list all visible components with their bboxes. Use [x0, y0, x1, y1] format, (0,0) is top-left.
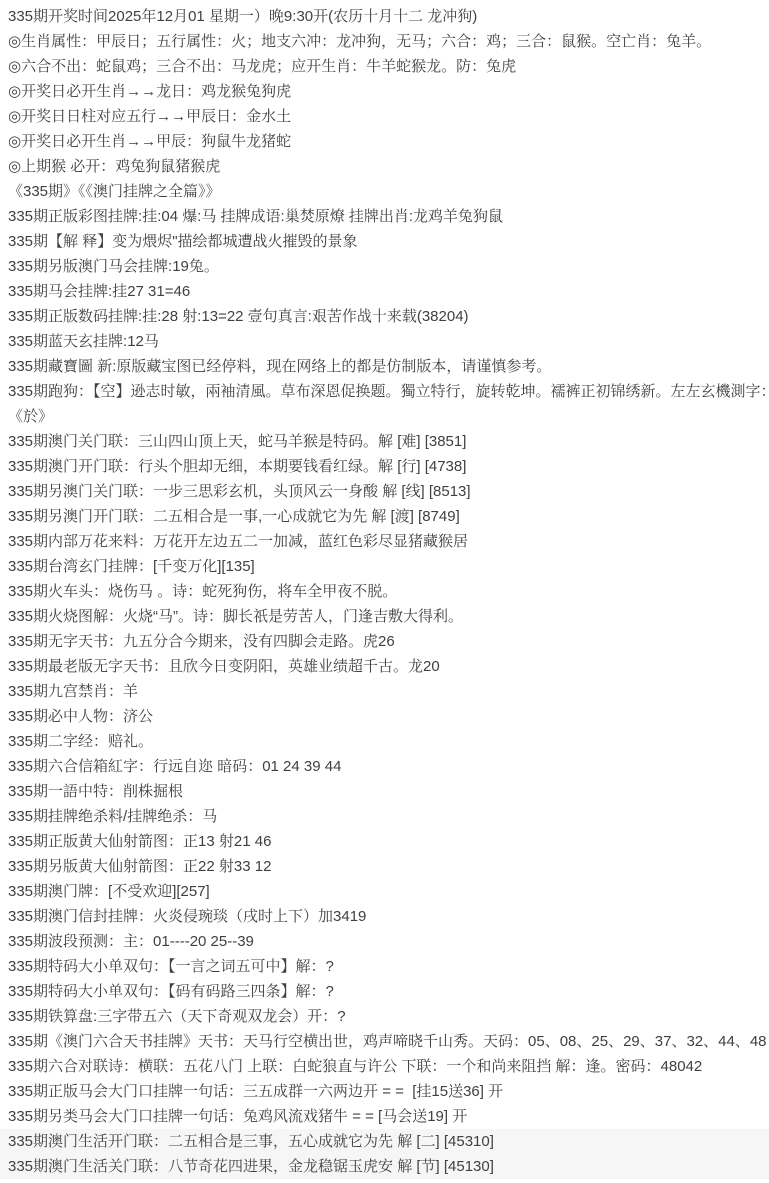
wordless-book-line: 335期无字天书：九五分合今期来，没有四脚会走路。虎26 — [0, 629, 769, 654]
lottery-info-page: 335期开奖时间2025年12月01 星期一）晚9:30开(农历十月十二 龙冲狗… — [0, 0, 769, 1179]
official-archer-chart-line: 335期正版黄大仙射箭图：正13 射21 46 — [0, 829, 769, 854]
alt-archer-chart-line: 335期另版黄大仙射箭图：正22 射33 12 — [0, 854, 769, 879]
couplet-poem-line: 335期六合对联诗：横联：五花八门 上联：白蛇狼直与许公 下联：一个和尚来阻挡 … — [0, 1054, 769, 1079]
board-kill-line: 335期挂牌绝杀料/挂牌绝杀：马 — [0, 804, 769, 829]
heaven-book-line: 335期《澳门六合天书挂牌》天书：天马行空横出世，鸡声啼晓千山秀。天码：05、0… — [0, 1029, 769, 1054]
last-period-line: ◎上期猴 必开：鸡兔狗鼠猪猴虎 — [0, 154, 769, 179]
running-dog-line: 335期跑狗：【空】逊志时敏，兩袖清風。草布深恩促换题。獨立特行，旋转乾坤。襦裤… — [0, 379, 769, 404]
macau-card-line: 335期澳门牌：[不受欢迎][257] — [0, 879, 769, 904]
special-code-phrase-2-line: 335期特码大小单双句：【码有码路三四条】解：? — [0, 979, 769, 1004]
must-open-zodiac-jiachen-line: ◎开奖日必开生肖→→甲辰：狗鼠牛龙猪蛇 — [0, 129, 769, 154]
zodiac-attributes-line: ◎生肖属性：甲辰日；五行属性：火；地支六冲：龙冲狗，无马；六合：鸡；三合：鼠猴。… — [0, 29, 769, 54]
one-phrase-special-line: 335期一語中特：削株掘根 — [0, 779, 769, 804]
issue-title-line: 《335期》《《澳门挂牌之全篇》》 — [0, 179, 769, 204]
liuhe-exclusion-line: ◎六合不出：蛇鼠鸡；三合不出：马龙虎；应开生肖：牛羊蛇猴龙。防：兔虎 — [0, 54, 769, 79]
treasure-map-line: 335期藏寶圖 新:原版藏宝图已经停料，现在网络上的都是仿制版本，请谨慎参考。 — [0, 354, 769, 379]
five-elements-line: ◎开奖日日柱对应五行→→甲辰日：金水土 — [0, 104, 769, 129]
alt-macau-board-line: 335期另版澳门马会挂牌:19兔。 — [0, 254, 769, 279]
alt-macau-closing-couplet-line: 335期另澳门关门联：一步三思彩玄机，头顶风云一身酸 解 [线] [8513] — [0, 479, 769, 504]
oldest-wordless-book-line: 335期最老版无字天书：且欣今日变阴阳，英雄业绩超千古。龙20 — [0, 654, 769, 679]
macau-opening-couplet-line: 335期澳门开门联：行头个胆却无细，本期要钱看红绿。解 [行] [4738] — [0, 454, 769, 479]
draw-time-line: 335期开奖时间2025年12月01 星期一）晚9:30开(农历十月十二 龙冲狗… — [0, 4, 769, 29]
macau-closing-couplet-line: 335期澳门关门联：三山四山顶上天，蛇马羊猴是特码。解 [难] [3851] — [0, 429, 769, 454]
horse-club-board-line: 335期马会挂牌:挂27 31=46 — [0, 279, 769, 304]
fire-diagram-line: 335期火烧图解：火烧“马”。诗：脚长祇是劳苦人，门逢吉敷大得利。 — [0, 604, 769, 629]
mailbox-red-word-line: 335期六合信箱紅字：行远自迩 暗码：01 24 39 44 — [0, 754, 769, 779]
explanation-line: 335期【解 释】变为煨烬"描绘都城遭战火摧毁的景象 — [0, 229, 769, 254]
forbidden-zodiac-line: 335期九宫禁肖：羊 — [0, 679, 769, 704]
internal-material-line: 335期内部万花来料：万花开左边五二一加减，蓝红色彩尽显猪藏猴居 — [0, 529, 769, 554]
mystic-word-line: 《於》 — [0, 404, 769, 429]
blue-sky-board-line: 335期蓝天玄挂牌:12马 — [0, 329, 769, 354]
official-color-chart-line: 335期正版彩图挂牌:挂:04 爆:马 挂牌成语:巢焚原燎 挂牌出肖:龙鸡羊兔狗… — [0, 204, 769, 229]
alt-gate-phrase-line: 335期另类马会大门口挂牌一句话：兔鸡风流戏猪牛 = = [马会送19] 开 — [0, 1104, 769, 1129]
two-word-scripture-line: 335期二字经：赔礼。 — [0, 729, 769, 754]
digital-board-line: 335期正版数码挂牌:挂:28 射:13=22 壹句真言:艰苦作战十来载(382… — [0, 304, 769, 329]
taiwan-board-line: 335期台湾玄门挂牌：[千变万化][135] — [0, 554, 769, 579]
envelope-board-line: 335期澳门信封挂牌：火炎侵琬琰（戌时上下）加3419 — [0, 904, 769, 929]
wave-prediction-line: 335期波段预测：主：01----20 25--39 — [0, 929, 769, 954]
alt-macau-opening-couplet-line: 335期另澳门开门联：二五相合是一事,一心成就它为先 解 [渡] [8749] — [0, 504, 769, 529]
train-head-line: 335期火车头：烧伤马 。诗：蛇死狗伤，将车全甲夜不脱。 — [0, 579, 769, 604]
life-closing-couplet-line: 335期澳门生活关门联：八节奇花四进果，金龙稳锯玉虎安 解 [节] [45130… — [0, 1154, 769, 1179]
must-open-zodiac-dragon-line: ◎开奖日必开生肖→→龙日：鸡龙猴兔狗虎 — [0, 79, 769, 104]
official-gate-phrase-line: 335期正版马会大门口挂牌一句话：三五成群一六两边开 = = [挂15送36] … — [0, 1079, 769, 1104]
life-opening-couplet-line: 335期澳门生活开门联：二五相合是三事，五心成就它为先 解 [二] [45310… — [0, 1129, 769, 1154]
special-code-phrase-1-line: 335期特码大小单双句：【一言之词五可中】解：? — [0, 954, 769, 979]
must-hit-figure-line: 335期必中人物：济公 — [0, 704, 769, 729]
iron-abacus-line: 335期铁算盘:三字带五六（天下奇观双龙会）开：? — [0, 1004, 769, 1029]
